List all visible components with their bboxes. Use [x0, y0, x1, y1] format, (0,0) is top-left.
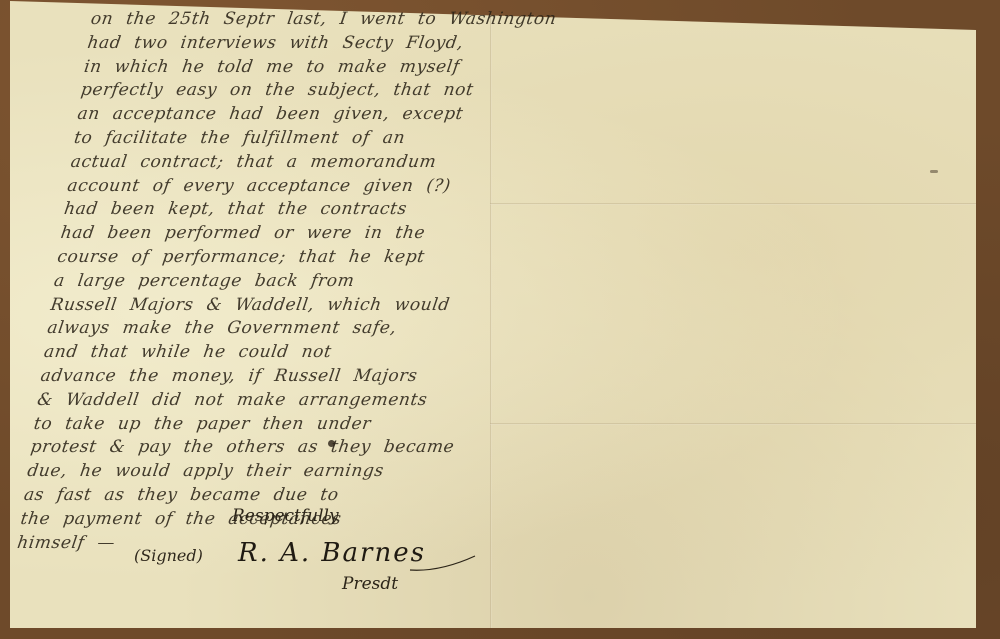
signed-note: (Signed): [134, 546, 203, 565]
letter-line: & Waddell did not make arrangements: [36, 389, 479, 413]
letter-line: in which he told me to make myself: [82, 56, 525, 80]
signer-title: Presdt: [342, 574, 398, 594]
letter-line: advance the money, if Russell Majors: [39, 365, 482, 389]
letter-line: as fast as they became due to: [22, 484, 465, 508]
letter-line: protest & pay the others as they became: [29, 436, 472, 460]
ink-blot: [328, 440, 335, 447]
letter-line: Russell Majors & Waddell, which would: [49, 294, 492, 318]
horizontal-fold-line-lower: [490, 423, 976, 425]
letter-line: perfectly easy on the subject, that not: [79, 79, 522, 103]
horizontal-fold-line-upper: [490, 203, 976, 205]
letter-line: course of performance; that he kept: [56, 246, 499, 270]
letter-line: on the 25th Septr last, I went to Washin…: [89, 8, 532, 32]
letter-line: actual contract; that a memorandum: [69, 151, 512, 175]
letter-line: a large percentage back from: [52, 270, 495, 294]
letter-line: an acceptance had been given, except: [76, 103, 519, 127]
letter-line: account of every acceptance given (?): [66, 175, 509, 199]
letter-line: to take up the paper then under: [32, 413, 475, 437]
signature-flourish-icon: [370, 552, 480, 576]
letter-line: and that while he could not: [42, 341, 485, 365]
closing-salutation: Respectfully: [232, 506, 339, 526]
letter-line: to facilitate the fulfillment of an: [72, 127, 515, 151]
letter-line: had two interviews with Secty Floyd,: [86, 32, 529, 56]
letter-line: had been kept, that the contracts: [62, 198, 505, 222]
letter-body: on the 25th Septr last, I went to Washin…: [16, 8, 533, 555]
letter-line: due, he would apply their earnings: [26, 460, 469, 484]
letter-line: always make the Government safe,: [46, 317, 489, 341]
paper-stain: [930, 170, 938, 173]
letter-line: had been performed or were in the: [59, 222, 502, 246]
